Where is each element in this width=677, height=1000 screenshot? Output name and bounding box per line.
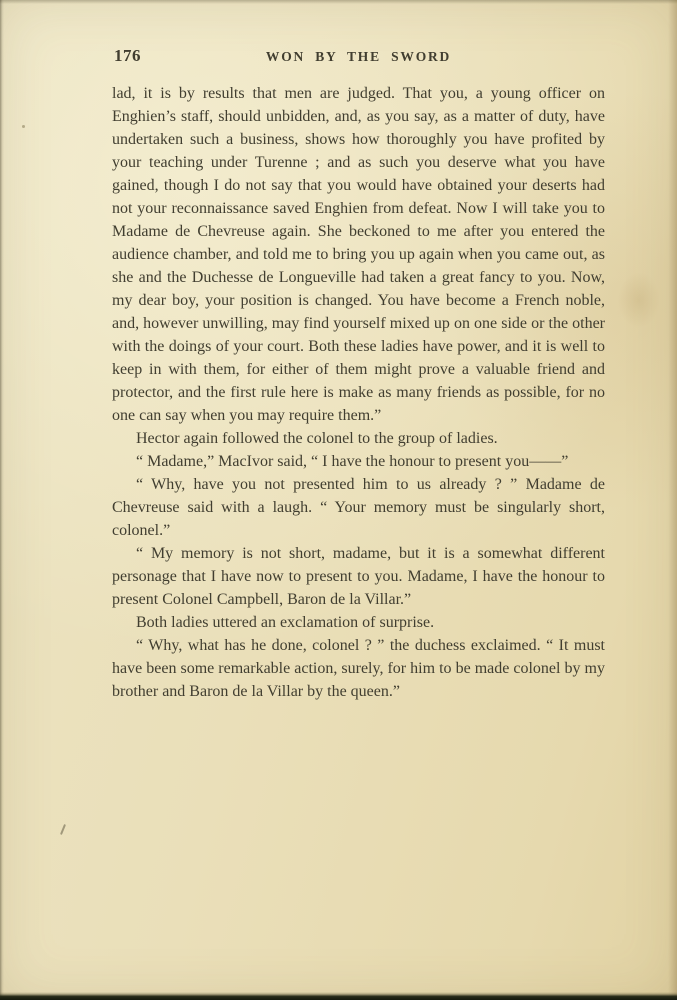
paragraph: “ Madame,” MacIvor said, “ I have the ho…: [112, 450, 605, 473]
scan-edge-left: [0, 0, 4, 1000]
scan-edge-bottom: [0, 992, 677, 1000]
paper-speck: [22, 125, 25, 128]
scan-edge-right: [668, 0, 677, 1000]
book-page-scan: 176 WON BY THE SWORD lad, it is by resul…: [0, 0, 677, 1000]
paper-speck: [60, 824, 66, 835]
paragraph: “ My memory is not short, madame, but it…: [112, 542, 605, 611]
scan-edge-top: [0, 0, 677, 4]
paragraph: “ Why, what has he done, colonel ? ” the…: [112, 634, 605, 703]
paragraph: Hector again followed the colonel to the…: [112, 427, 605, 450]
running-title: WON BY THE SWORD: [112, 49, 605, 65]
paper-smudge: [618, 272, 660, 328]
page-header: 176 WON BY THE SWORD: [112, 46, 605, 68]
paragraph: “ Why, have you not presented him to us …: [112, 473, 605, 542]
page-text-block: lad, it is by results that men are judge…: [112, 82, 605, 703]
paragraph: lad, it is by results that men are judge…: [112, 82, 605, 427]
paragraph: Both ladies uttered an exclamation of su…: [112, 611, 605, 634]
